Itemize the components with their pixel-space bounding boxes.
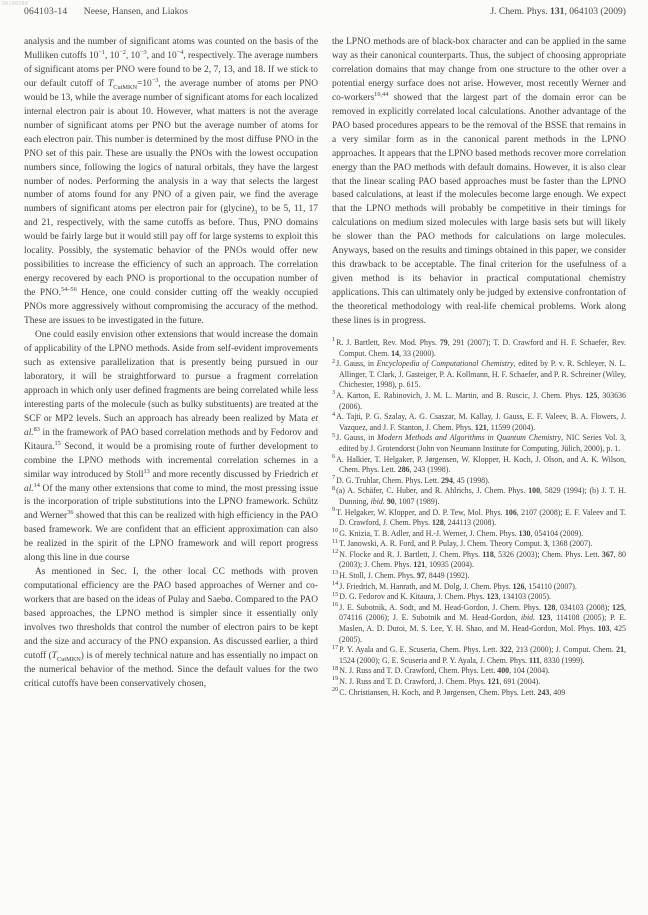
- running-authors: Neese, Hansen, and Liakos: [84, 6, 188, 17]
- journal-page: 00186088 064103-14 Neese, Hansen, and Li…: [0, 0, 648, 915]
- reference-number: 5: [332, 432, 335, 439]
- reference-number: 15: [332, 591, 338, 598]
- reference-number: 17: [332, 644, 338, 651]
- reference-item: 1R. J. Bartlett, Rev. Mod. Phys. 79, 291…: [332, 338, 626, 359]
- reference-number: 2: [332, 358, 335, 365]
- reference-text: G. Knizia, T. B. Adler, and H.-J. Werner…: [339, 529, 583, 538]
- reference-text: N. J. Russ and T. D. Crawford, J. Chem. …: [339, 677, 540, 686]
- reference-text: T. Janowski, A. R. Ford, and P. Pulay, J…: [339, 539, 592, 548]
- paragraph: the LPNO methods are of black-box charac…: [332, 36, 626, 329]
- reference-item: 18N. J. Russ and T. D. Crawford, Chem. P…: [332, 666, 626, 677]
- page-id: 064103-14: [24, 6, 67, 17]
- paragraph: One could easily envision other extensio…: [24, 329, 318, 566]
- reference-text: H. Stoll, J. Chem. Phys. 97, 8449 (1992)…: [339, 571, 469, 580]
- reference-number: 20: [332, 686, 338, 693]
- paragraph: As mentioned in Sec. I, the other local …: [24, 566, 318, 692]
- reference-item: 8(a) A. Schäfer, C. Huber, and R. Ahlric…: [332, 486, 626, 507]
- reference-text: (a) A. Schäfer, C. Huber, and R. Ahlrich…: [336, 486, 626, 506]
- reference-text: A. Tajti, P. G. Szalay, A. G. Csaszar, M…: [336, 412, 626, 432]
- reference-item: 14J. Friedrich, M. Hanrath, and M. Dolg,…: [332, 582, 626, 593]
- reference-text: A. Halkier, T. Helgaker, P. Jørgensen, W…: [336, 455, 626, 475]
- reference-number: 13: [332, 569, 338, 576]
- reference-number: 6: [332, 453, 335, 460]
- reference-text: A. Karton, E. Rabinovich, J. M. L. Marti…: [336, 391, 626, 411]
- reference-item: 15D. G. Fedorov and K. Kitaura, J. Chem.…: [332, 592, 626, 603]
- reference-item: 6A. Halkier, T. Helgaker, P. Jørgensen, …: [332, 455, 626, 476]
- reference-text: J. Friedrich, M. Hanrath, and M. Dolg, J…: [339, 582, 577, 591]
- paragraph: analysis and the number of significant a…: [24, 36, 318, 329]
- reference-number: 16: [332, 601, 338, 608]
- reference-number: 18: [332, 665, 338, 672]
- reference-item: 20C. Christiansen, H. Koch, and P. Jørge…: [332, 688, 626, 699]
- journal-citation: J. Chem. Phys. 131, 064103 (2009): [490, 6, 626, 17]
- reference-text: J. Gauss, in Encyclopedia of Computation…: [336, 359, 626, 389]
- reference-text: R. J. Bartlett, Rev. Mod. Phys. 79, 291 …: [336, 338, 626, 358]
- column-right: the LPNO methods are of black-box charac…: [332, 36, 626, 907]
- reference-item: 9T. Helgaker, W. Klopper, and D. P. Tew,…: [332, 508, 626, 529]
- reference-number: 7: [332, 474, 335, 481]
- reference-text: J. E. Subotnik, A. Sodt, and M. Head-Gor…: [339, 603, 626, 644]
- reference-number: 11: [332, 538, 338, 545]
- reference-text: N. J. Russ and T. D. Crawford, Chem. Phy…: [339, 666, 550, 675]
- reference-item: 19N. J. Russ and T. D. Crawford, J. Chem…: [332, 677, 626, 688]
- running-header: 064103-14 Neese, Hansen, and Liakos J. C…: [24, 6, 626, 17]
- reference-text: T. Helgaker, W. Klopper, and D. P. Tew, …: [336, 508, 626, 528]
- reference-item: 2J. Gauss, in Encyclopedia of Computatio…: [332, 359, 626, 391]
- reference-number: 4: [332, 411, 335, 418]
- reference-item: 3A. Karton, E. Rabinovich, J. M. L. Mart…: [332, 391, 626, 412]
- reference-item: 5J. Gauss, in Modern Methods and Algorit…: [332, 433, 626, 454]
- reference-text: P. Y. Ayala and G. E. Scuseria, Chem. Ph…: [339, 645, 626, 665]
- header-left: 064103-14 Neese, Hansen, and Liakos: [24, 6, 188, 17]
- reference-number: 12: [332, 548, 338, 555]
- reference-item: 10G. Knizia, T. B. Adler, and H.-J. Wern…: [332, 529, 626, 540]
- reference-number: 8: [332, 485, 335, 492]
- reference-text: N. Flocke and R. J. Bartlett, J. Chem. P…: [339, 550, 626, 570]
- references-list: 1R. J. Bartlett, Rev. Mod. Phys. 79, 291…: [332, 338, 626, 698]
- reference-item: 11T. Janowski, A. R. Ford, and P. Pulay,…: [332, 539, 626, 550]
- reference-number: 3: [332, 389, 335, 396]
- two-column-body: analysis and the number of significant a…: [24, 36, 626, 907]
- column-left: analysis and the number of significant a…: [24, 36, 318, 907]
- right-paragraphs: the LPNO methods are of black-box charac…: [332, 36, 626, 329]
- reference-item: 4A. Tajti, P. G. Szalay, A. G. Csaszar, …: [332, 412, 626, 433]
- reference-item: 7D. G. Truhlar, Chem. Phys. Lett. 294, 4…: [332, 476, 626, 487]
- reference-text: D. G. Fedorov and K. Kitaura, J. Chem. P…: [339, 592, 551, 601]
- reference-number: 10: [332, 527, 338, 534]
- reference-number: 9: [332, 506, 335, 513]
- reference-item: 12N. Flocke and R. J. Bartlett, J. Chem.…: [332, 550, 626, 571]
- reference-text: C. Christiansen, H. Koch, and P. Jørgens…: [339, 688, 565, 697]
- reference-item: 13H. Stoll, J. Chem. Phys. 97, 8449 (199…: [332, 571, 626, 582]
- reference-number: 14: [332, 580, 338, 587]
- reference-text: J. Gauss, in Modern Methods and Algorith…: [336, 433, 626, 453]
- reference-number: 1: [332, 336, 335, 343]
- reference-number: 19: [332, 675, 338, 682]
- reference-item: 17P. Y. Ayala and G. E. Scuseria, Chem. …: [332, 645, 626, 666]
- reference-item: 16J. E. Subotnik, A. Sodt, and M. Head-G…: [332, 603, 626, 645]
- reference-text: D. G. Truhlar, Chem. Phys. Lett. 294, 45…: [336, 476, 490, 485]
